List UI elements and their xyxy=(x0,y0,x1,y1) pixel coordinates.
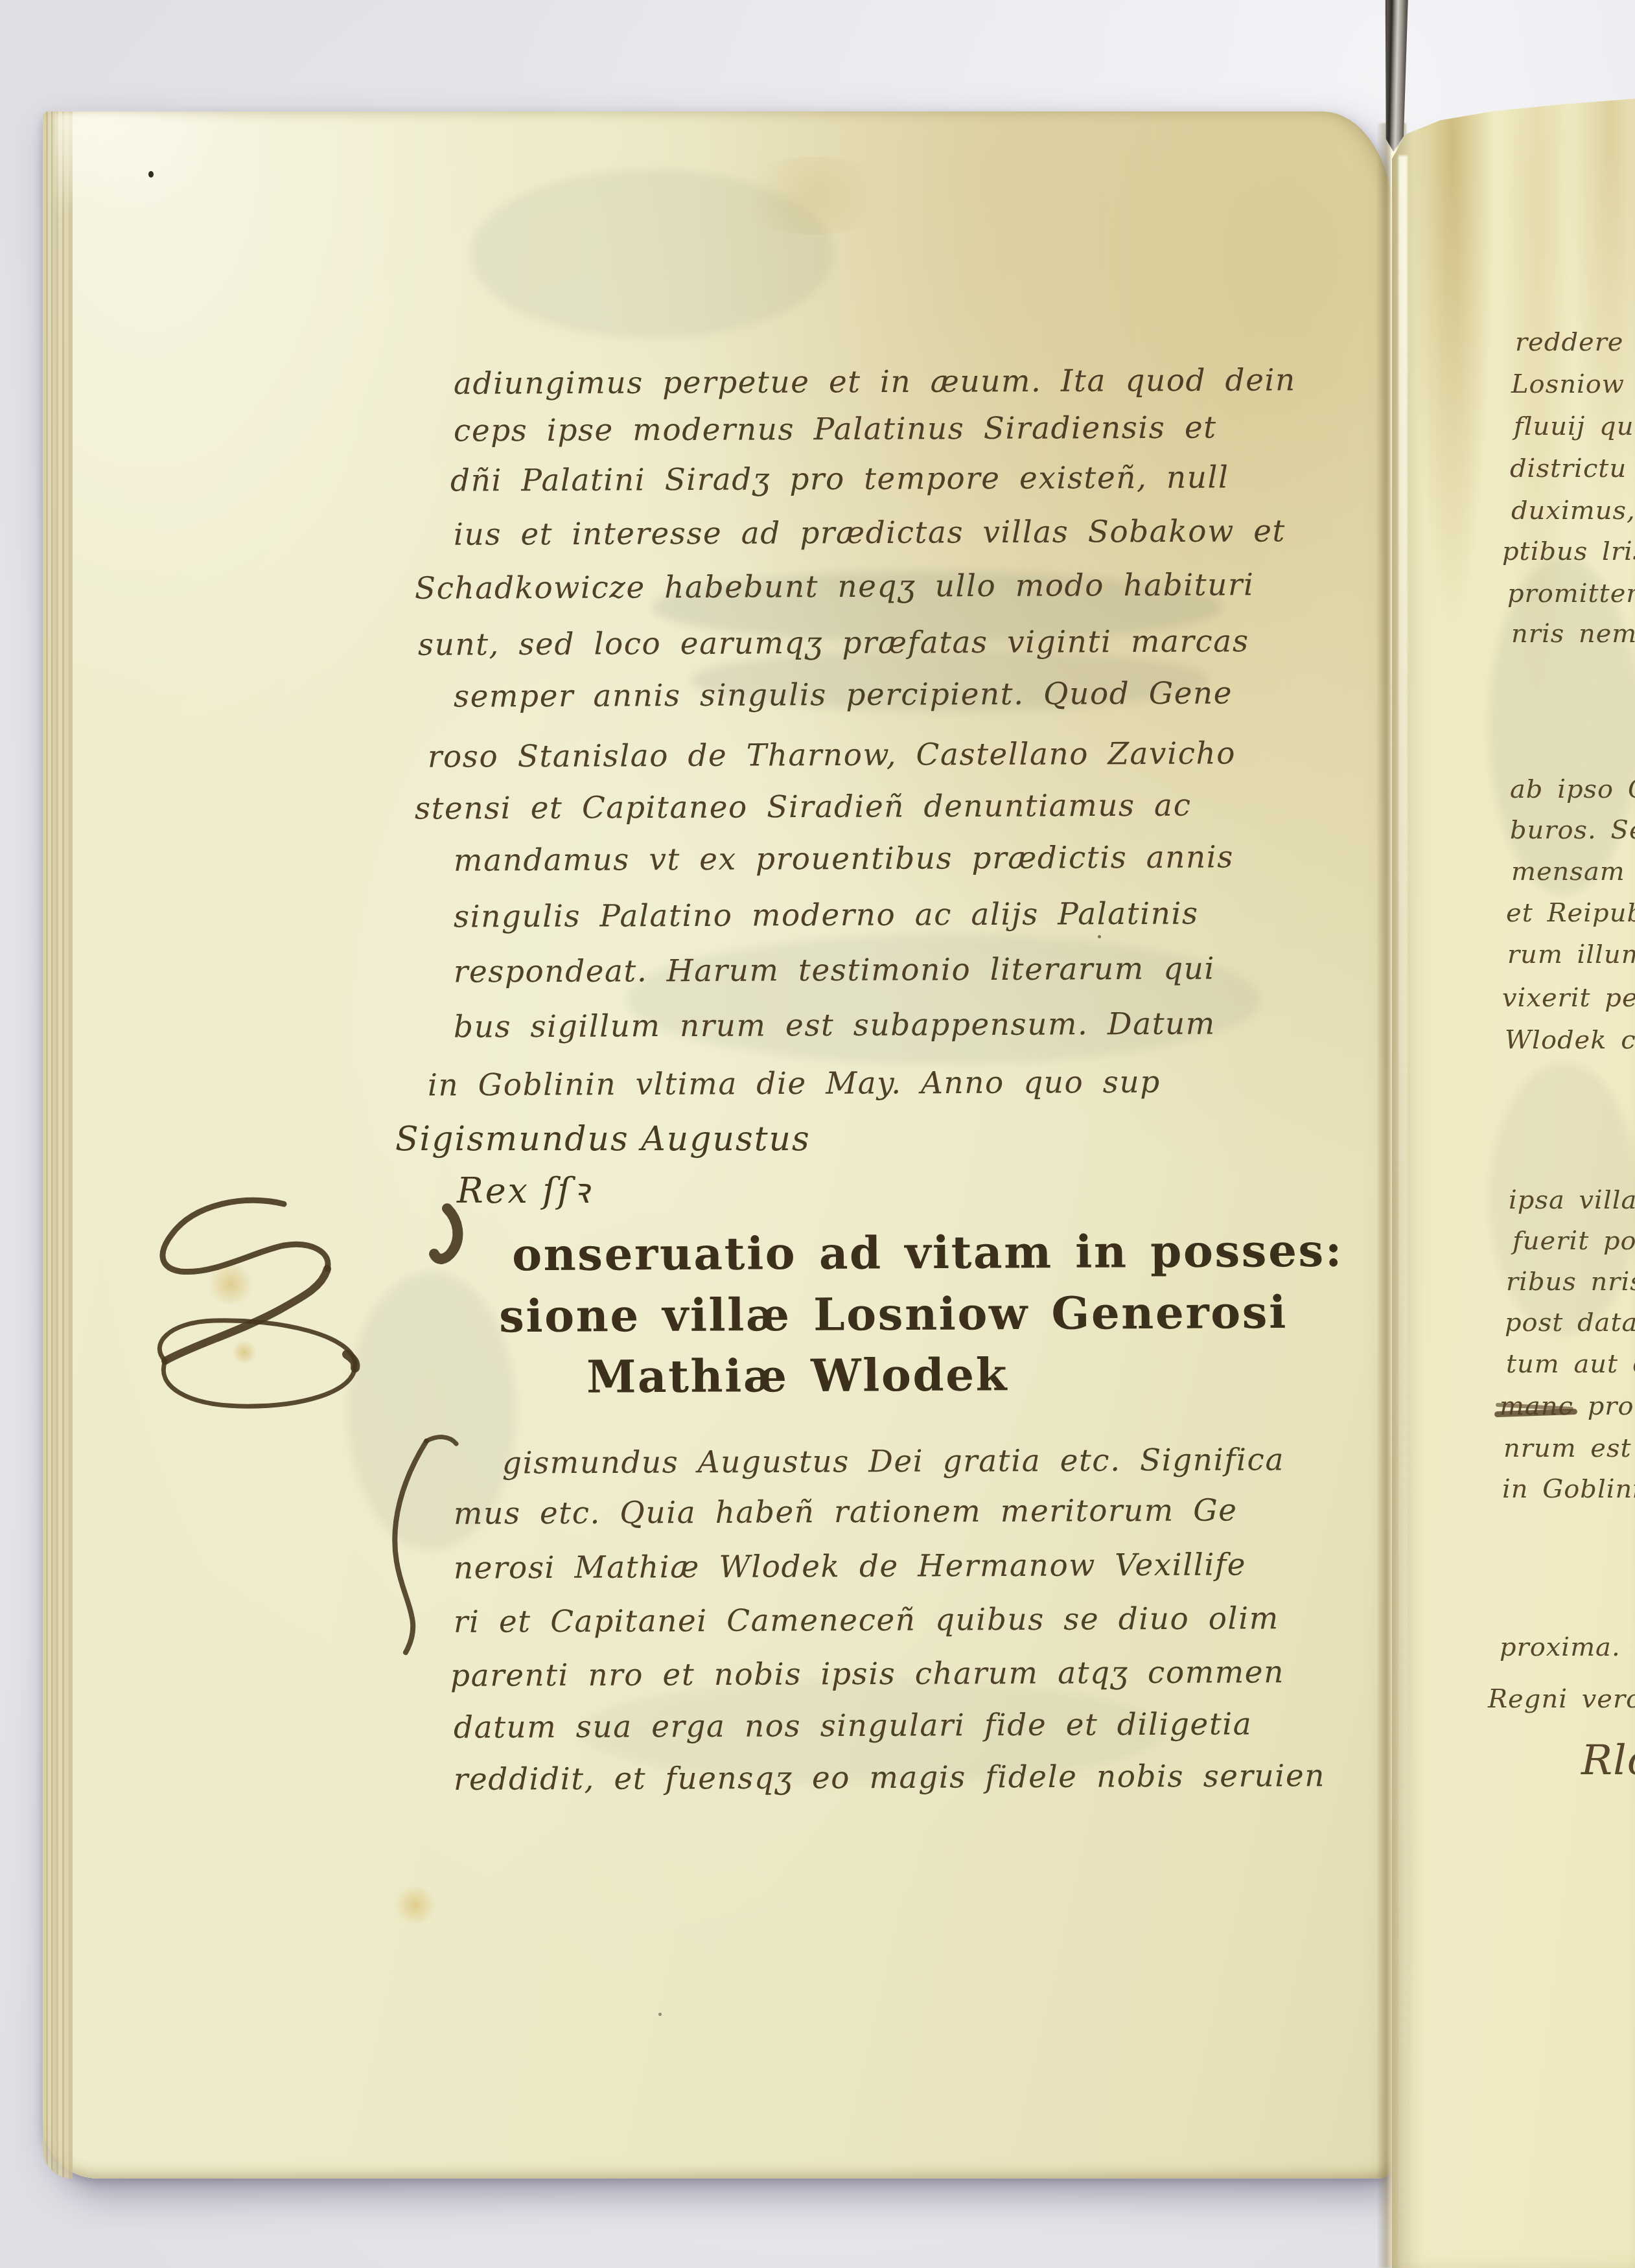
ink-showthrough xyxy=(1489,1063,1635,1335)
ink-showthrough xyxy=(581,1680,1164,1783)
corner-curl xyxy=(54,113,249,223)
ink-showthrough xyxy=(1489,557,1635,894)
manuscript-right-page xyxy=(1392,0,1635,2268)
ink-showthrough xyxy=(470,170,833,338)
fold-shine xyxy=(1398,156,1408,2268)
stain xyxy=(205,1265,257,1304)
manuscript-photo: Sigismundus Augustus Rex ſſꝛ onseruatio … xyxy=(0,0,1635,2268)
stain xyxy=(231,1341,258,1363)
ink-showthrough xyxy=(347,1271,516,1550)
stain xyxy=(730,157,898,235)
ink-showthrough xyxy=(626,934,1261,1064)
page-fore-edge xyxy=(43,111,73,2179)
stain xyxy=(393,1887,438,1923)
manuscript-left-page xyxy=(43,111,1394,2179)
ink-showthrough xyxy=(652,572,1222,643)
ink-showthrough xyxy=(691,649,1209,711)
